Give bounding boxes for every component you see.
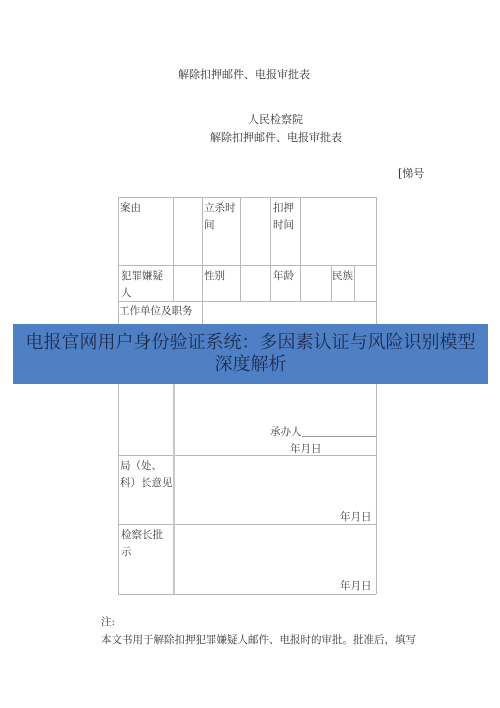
banner-title: 电报官网用户身份验证系统：多因素认证与风险识别模型深度解析: [23, 332, 478, 376]
handler-label: 承办人: [270, 424, 302, 441]
age-label: 年龄: [273, 268, 294, 285]
form-title: 解除扣押邮件、电报审批表: [210, 129, 342, 145]
case-reason-label: 案由: [120, 200, 141, 217]
organization-name: 人民检察院: [248, 111, 303, 127]
notes-label: 注:: [101, 614, 115, 629]
filing-time-label: 立杀时间: [204, 200, 238, 234]
age-field[interactable]: [301, 266, 331, 301]
table-border-bottom: [118, 594, 376, 595]
page-heading: 解除扣押邮件、电报审批表: [178, 66, 310, 82]
case-reason-field[interactable]: [174, 198, 202, 265]
bureau-date-label: 年月日: [340, 509, 372, 526]
table-line: [270, 197, 271, 301]
chief-approval-label: 检察长批示: [121, 527, 171, 561]
filing-time-field[interactable]: [241, 198, 270, 265]
table-border-left: [118, 197, 119, 594]
table-border-right: [376, 197, 377, 594]
chief-date-label: 年月日: [340, 578, 372, 595]
seizure-time-label: 扣押时间: [273, 200, 297, 234]
suspect-label: 犯罪嫌疑人: [121, 268, 173, 302]
gender-label: 性别: [204, 268, 225, 285]
notes-text: 本文书用于解除扣押犯罪嫌疑人邮件、电报时的审批。批准后，填写: [101, 632, 416, 647]
document-number-label: [悌号: [398, 165, 424, 181]
suspect-field[interactable]: [174, 266, 202, 301]
ethnicity-label: 民族: [332, 268, 353, 285]
title-banner: 电报官网用户身份验证系统：多因素认证与风险识别模型深度解析: [13, 324, 488, 384]
handler-signature-line: [302, 436, 376, 437]
seizure-time-field[interactable]: [301, 198, 376, 265]
workplace-label: 工作单位及职务: [119, 303, 193, 320]
ethnicity-field[interactable]: [355, 266, 376, 301]
gender-field[interactable]: [241, 266, 270, 301]
bureau-opinion-label: 局（处、科）长意见: [120, 458, 174, 492]
workplace-field[interactable]: [203, 302, 376, 324]
